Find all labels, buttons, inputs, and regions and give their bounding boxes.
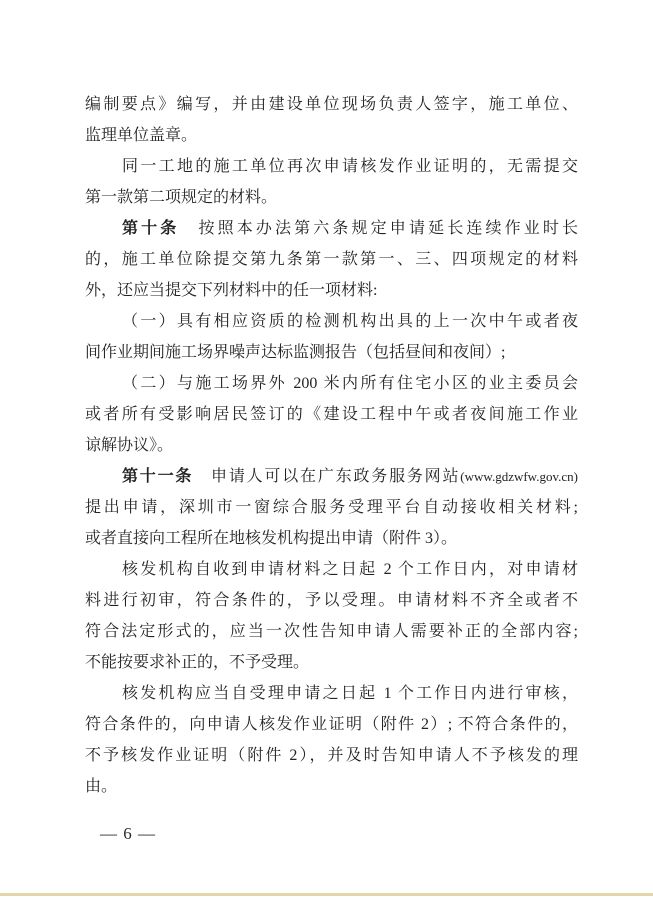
text-line: 提出申请，深圳市一窗综合服务受理平台自动接收相关材料;: [85, 492, 578, 523]
text-line: （二）与施工场界外 200 米内所有住宅小区的业主委员会: [85, 368, 578, 399]
text-line: 符合条件的，向申请人核发作业证明（附件 2）; 不符合条件的，: [85, 709, 578, 740]
text-line: 不予核发作业证明（附件 2），并及时告知申请人不予核发的理: [85, 740, 578, 771]
page-number: — 6 —: [100, 824, 156, 844]
text-line: 料进行初审，符合条件的，予以受理。申请材料不齐全或者不: [85, 585, 578, 616]
text-line: 核发机构应当自受理申请之日起 1 个工作日内进行审核，: [85, 678, 578, 709]
text-line: 或者直接向工程所在地核发机构提出申请（附件 3）。: [85, 523, 578, 554]
text-line: （一）具有相应资质的检测机构出具的上一次中午或者夜: [85, 306, 578, 337]
article-number: 第十一条: [122, 468, 193, 485]
text-line: 同一工地的施工单位再次申请核发作业证明的，无需提交: [85, 151, 578, 182]
document-text-block: 编制要点》编写，并由建设单位现场负责人签字，施工单位、 监理单位盖章。 同一工地…: [85, 89, 578, 802]
article-number: 第十条: [122, 220, 179, 237]
text-line: 编制要点》编写，并由建设单位现场负责人签字，施工单位、: [85, 89, 578, 120]
text-segment: 申请人可以在广东政务服务网站: [193, 468, 460, 485]
text-segment: 按照本办法第六条规定申请延长连续作业时长: [179, 220, 578, 237]
text-line: 或者所有受影响居民签订的《建设工程中午或者夜间施工作业: [85, 399, 578, 430]
text-line: 不能按要求补正的，不予受理。: [85, 647, 578, 678]
text-line: 的，施工单位除提交第九条第一款第一、三、四项规定的材料: [85, 244, 578, 275]
text-line: 第十一条 申请人可以在广东政务服务网站(www.gdzwfw.gov.cn): [85, 461, 578, 492]
text-line: 间作业期间施工场界噪声达标监测报告（包括昼间和夜间）;: [85, 337, 578, 368]
text-line: 第一款第二项规定的材料。: [85, 182, 578, 213]
document-page: 编制要点》编写，并由建设单位现场负责人签字，施工单位、 监理单位盖章。 同一工地…: [0, 0, 653, 901]
text-line: 符合法定形式的，应当一次性告知申请人需要补正的全部内容;: [85, 616, 578, 647]
text-line: 由。: [85, 771, 578, 802]
text-line: 监理单位盖章。: [85, 120, 578, 151]
footer-scan-line: [0, 893, 653, 896]
text-line: 第十条 按照本办法第六条规定申请延长连续作业时长: [85, 213, 578, 244]
text-line: 核发机构自收到申请材料之日起 2 个工作日内，对申请材: [85, 554, 578, 585]
text-line: 谅解协议》。: [85, 430, 578, 461]
text-line: 外，还应当提交下列材料中的任一项材料:: [85, 275, 578, 306]
website-url: (www.gdzwfw.gov.cn): [460, 469, 578, 484]
